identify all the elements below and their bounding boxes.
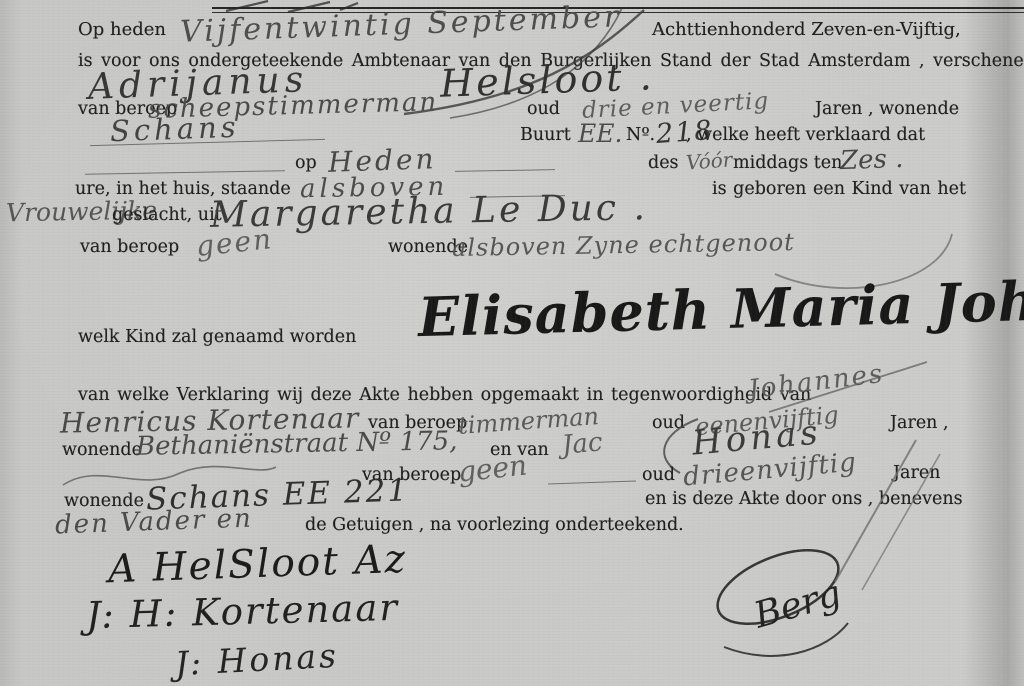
printed-van-beroep-2: van beroep	[80, 238, 179, 257]
birth-certificate-scan: Op heden Vijfentwintig September Achttie…	[0, 0, 1024, 686]
hw-birth-hour: Zes .	[840, 145, 904, 176]
printed-oud-4: oud	[642, 466, 675, 485]
printed-no-label: Nº.	[626, 126, 655, 145]
pencil-stroke	[820, 430, 945, 595]
signature-father: A HelSloot Az	[107, 539, 407, 592]
printed-year: Achttienhonderd Zeven-en-Vijftig,	[652, 20, 961, 40]
hw-buurt-code: EE.	[578, 120, 622, 148]
printed-middags-ten: middags ten	[733, 154, 842, 173]
printed-verklaard: , welke heeft verklaard dat	[686, 126, 925, 145]
hw-mother-name: Margaretha Le Duc .	[210, 188, 648, 235]
flourish-line	[455, 169, 555, 172]
printed-oud-1: oud	[527, 100, 560, 119]
printed-verklaring-line: van welke Verklaring wij deze Akte hebbe…	[78, 386, 811, 405]
hw-benevens-fill: den Vader en	[55, 505, 254, 540]
hw-witness2-occupation: geen	[457, 450, 529, 488]
signature-witness2: J: Honas	[174, 638, 340, 683]
printed-getuigen-line: de Getuigen , na voorlezing onderteekend…	[305, 516, 684, 535]
hw-mother-occupation: geen	[195, 224, 275, 263]
hw-mother-residence: alsboven Zyne echtgenoot	[452, 229, 795, 261]
printed-des: des	[648, 154, 679, 173]
flourish-line	[548, 480, 636, 484]
hw-witness2-given: Jac	[561, 428, 604, 460]
printed-welk-kind: welk Kind zal genaamd worden	[78, 328, 356, 347]
signature-witness1: J: H: Kortenaar	[86, 588, 400, 637]
printed-op: op	[295, 154, 317, 173]
printed-geboren-line: is geboren een Kind van het	[712, 180, 966, 199]
printed-jaren-wonende-1: Jaren , wonende	[815, 100, 959, 119]
hw-child-name: Elisabeth Maria Johanna	[417, 268, 1024, 348]
hw-daypart: Vóór	[685, 148, 733, 173]
printed-geslacht-uit: geslacht, uit	[112, 206, 222, 225]
printed-buurt: Buurt	[520, 126, 571, 145]
flourish-line	[85, 170, 285, 174]
printed-op-heden: Op heden	[78, 20, 166, 40]
